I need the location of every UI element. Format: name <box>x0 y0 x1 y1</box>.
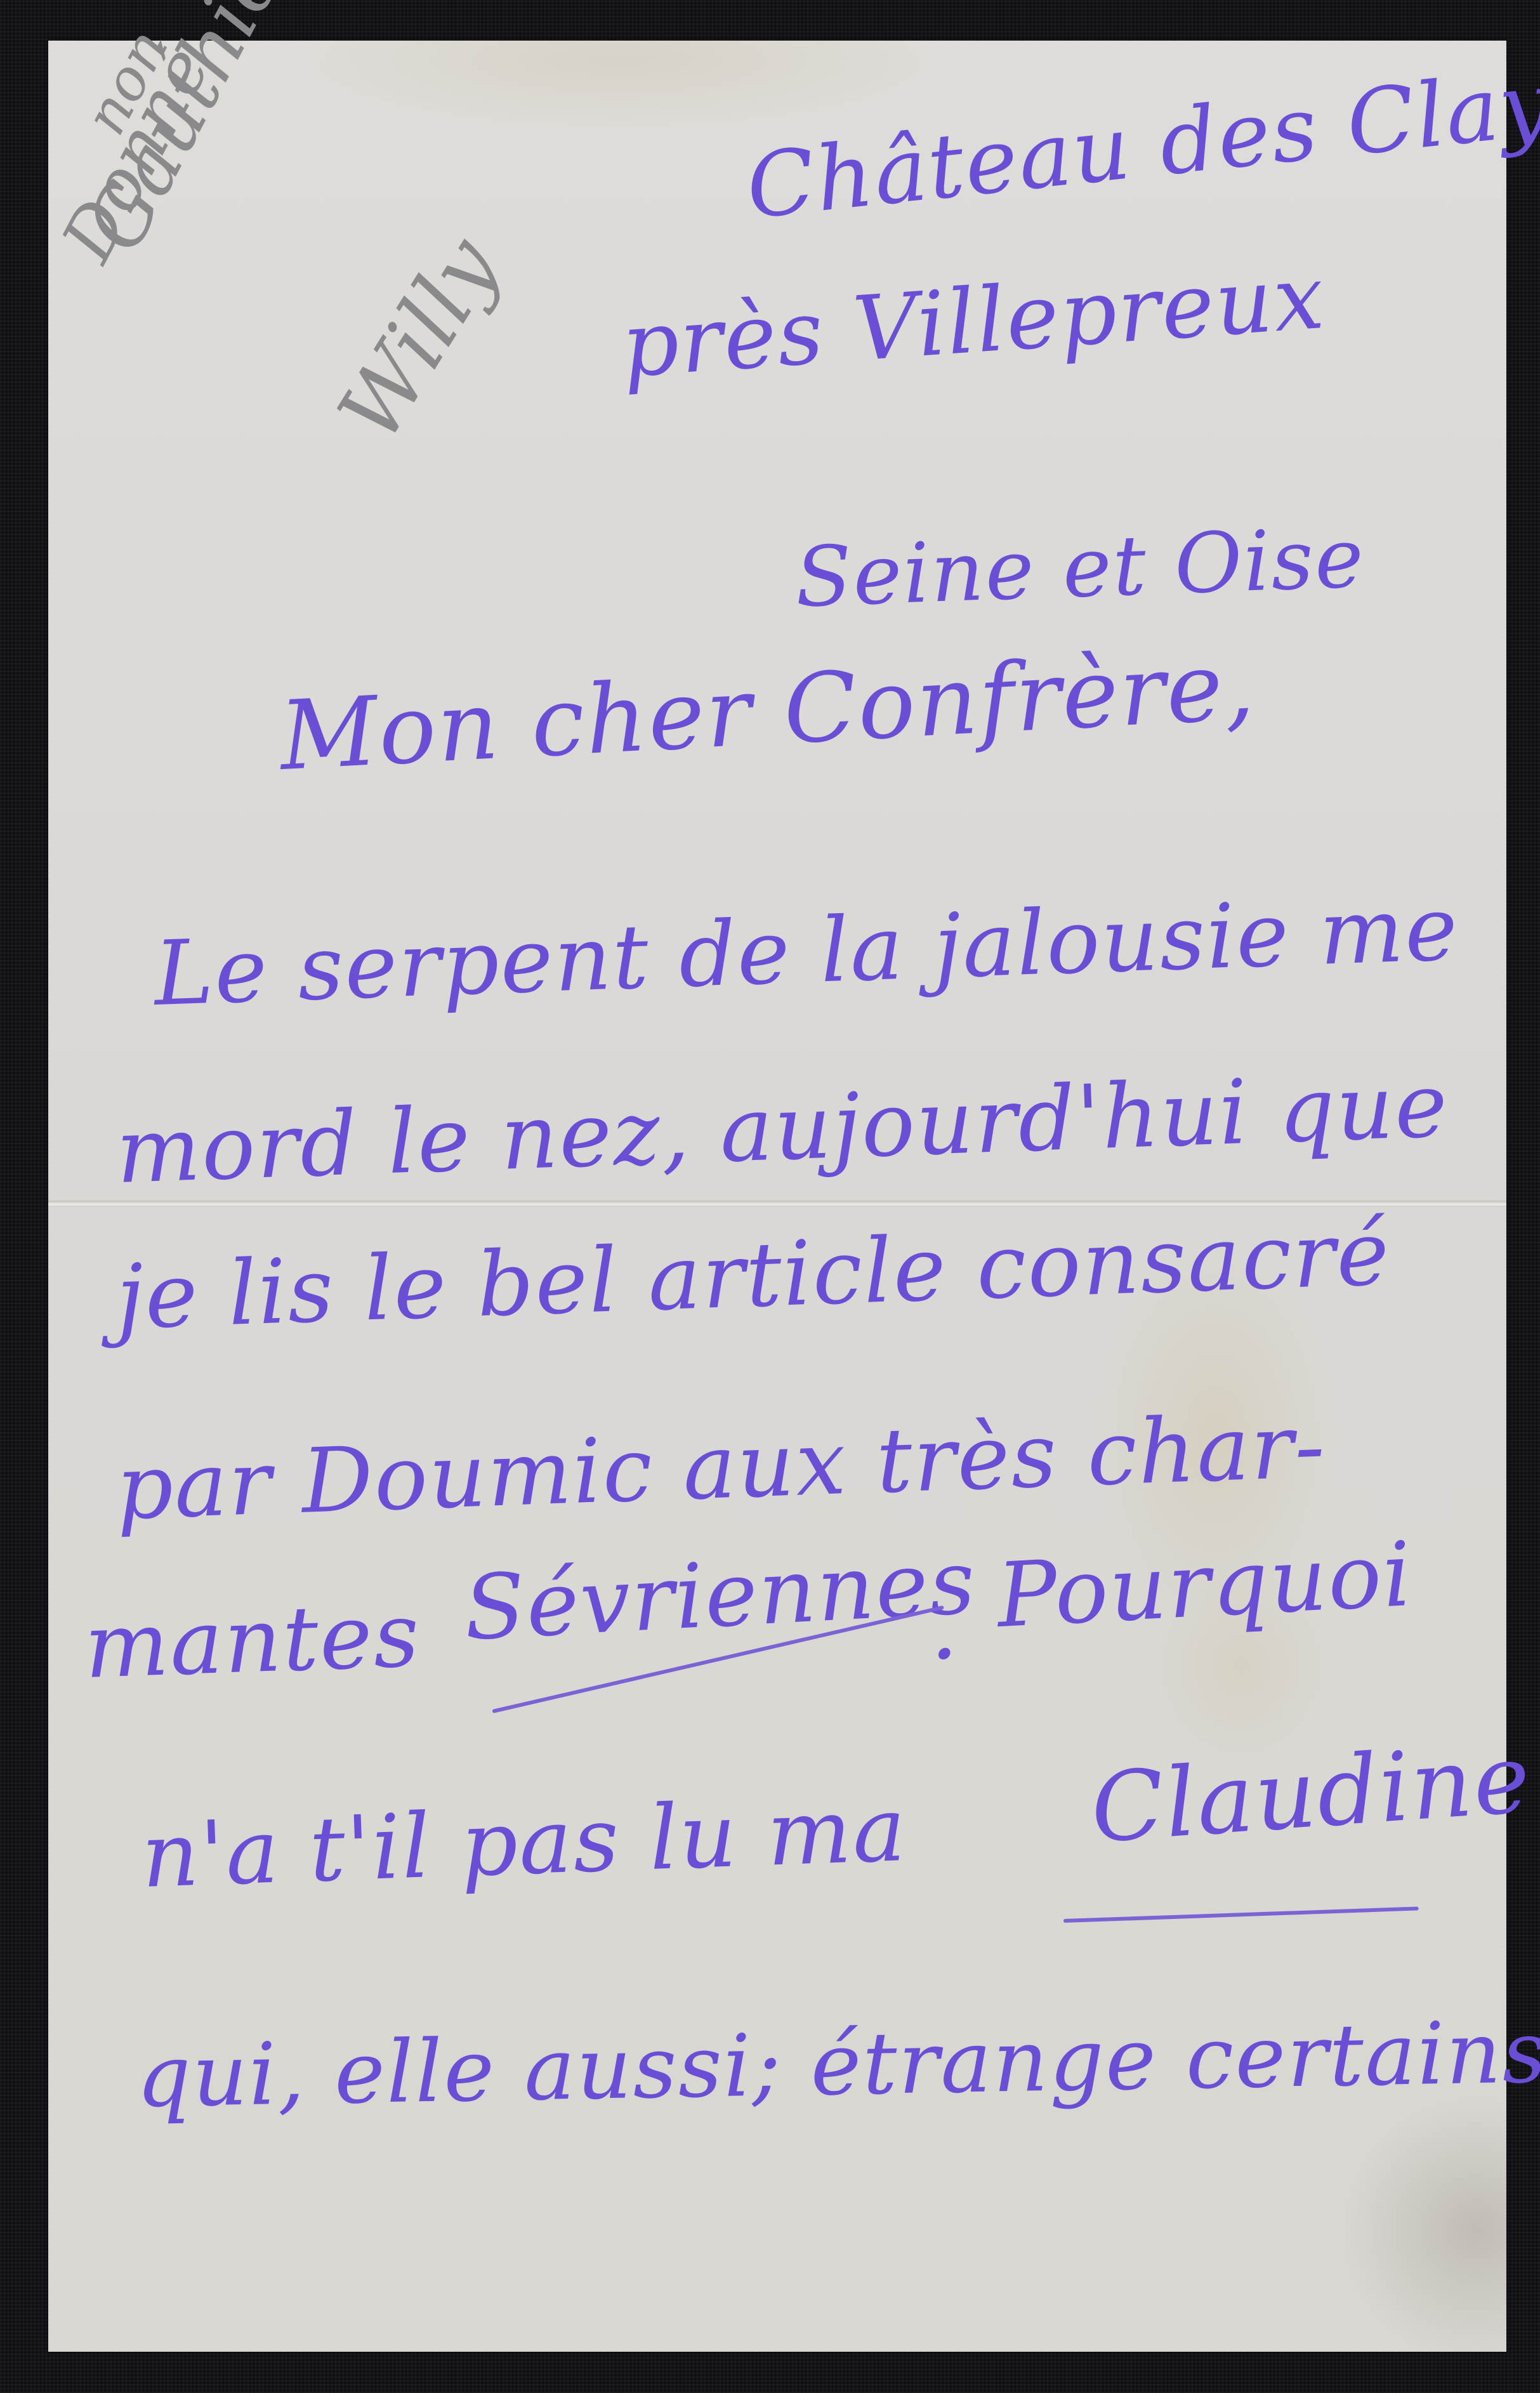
letter-page: non Donné Gauthier-Villars Willy Château… <box>48 41 1506 2352</box>
body-line-5-start: mantes <box>82 1584 422 1699</box>
body-line-2: mord le nez, aujourd'hui que <box>114 1054 1450 1204</box>
body-line-3: je lis le bel article consacré <box>114 1202 1392 1350</box>
claudine-underline <box>1063 1906 1419 1923</box>
address-line-3: Seine et Oise <box>794 510 1367 626</box>
body-line-5-end: Pourquoi <box>994 1523 1414 1648</box>
pencil-signature-willy: Willy <box>319 221 518 458</box>
address-line-2: près Villepreux <box>619 246 1329 398</box>
title-sevriennes: Sévriennes <box>461 1531 978 1661</box>
body-line-6-start: n'a t'il pas lu ma <box>140 1778 908 1908</box>
sevriennes-period: . <box>930 1576 960 1680</box>
address-line-1: Château des Clayes <box>742 41 1540 239</box>
body-line-4: par Doumic aux très char- <box>114 1395 1327 1540</box>
body-line-7: qui, elle aussi; étrange certains <box>135 2002 1540 2126</box>
title-claudine: Claudine <box>1088 1724 1535 1864</box>
salutation: Mon cher Confrère, <box>277 631 1258 792</box>
body-line-1: Le serpent de la jalousie me <box>152 877 1460 1026</box>
